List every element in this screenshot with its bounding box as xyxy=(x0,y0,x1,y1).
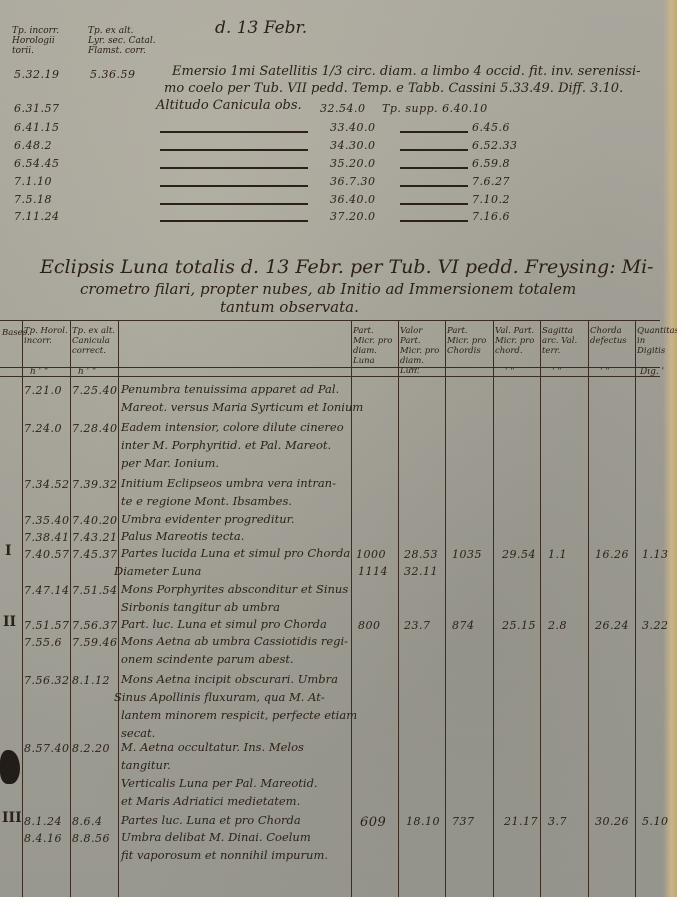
eclipse-title-line-3: tantum observata. xyxy=(220,298,359,316)
alt-row-altitude: 37.20.0 xyxy=(330,210,376,223)
header-tp-horol: Tp. Horol. incorr. xyxy=(24,326,70,346)
date-heading: d. 13 Febr. xyxy=(215,18,307,38)
ditto-dash xyxy=(400,185,468,187)
alt-row-supp: 6.52.33 xyxy=(472,139,518,152)
alt-row-tp: 6.48.2 xyxy=(14,139,52,152)
cell-part-chord: 1035 xyxy=(452,548,482,561)
alt-row-supp: Tp. supp. 6.40.10 xyxy=(382,102,488,115)
alt-row-altitude: 36.7.30 xyxy=(330,175,376,188)
row-text-line: tangitur. xyxy=(121,758,171,772)
cell-val-chord: 21.17 xyxy=(504,815,538,828)
emersio-time-corr: 5.36.59 xyxy=(90,68,136,81)
ditto-dash xyxy=(160,220,308,222)
cell-chorda: 30.26 xyxy=(595,815,629,828)
unit-val-chord: ' " xyxy=(505,367,514,377)
row-tp-corr: 8.6.4 xyxy=(72,815,103,828)
cell-part-diam-2: 1114 xyxy=(358,565,388,578)
header-sagitta: Sagitta arc. Val. terr. xyxy=(542,326,586,356)
unit-digiti: Dig. ' xyxy=(640,367,664,377)
header-val-chord: Val. Part. Micr. pro chord. xyxy=(495,326,539,356)
page-edge xyxy=(663,0,677,897)
row-text-line: Penumbra tenuissima apparet ad Pal. xyxy=(121,382,339,396)
row-tp-horol: 7.34.52 xyxy=(24,478,70,491)
row-tp-horol: 7.24.0 xyxy=(24,422,62,435)
row-tp-horol: 7.47.14 xyxy=(24,584,70,597)
alt-row-supp: 7.10.2 xyxy=(472,193,510,206)
alt-row-supp: 6.59.8 xyxy=(472,157,510,170)
header-tp-incorr: Tp. incorr. Horologii torii. xyxy=(12,26,59,56)
row-text-line: Mons Aetna incipit obscurari. Umbra xyxy=(121,672,338,686)
alt-row-tp: 6.31.57 xyxy=(14,102,60,115)
ditto-dash xyxy=(400,203,468,205)
ditto-dash xyxy=(160,149,308,151)
alt-row-altitude: 35.20.0 xyxy=(330,157,376,170)
emersio-line-2: mo coelo per Tub. VII pedd. Temp. e Tabb… xyxy=(164,81,623,96)
unit-sagitta: ' " xyxy=(552,367,561,377)
cell-sagitta: 3.7 xyxy=(548,815,567,828)
eclipse-title-line-1: Eclipsis Luna totalis d. 13 Febr. per Tu… xyxy=(40,256,654,278)
row-text-line: et Maris Adriatici medietatem. xyxy=(121,794,300,808)
row-text-line: Partes luc. Luna et pro Chorda xyxy=(121,813,301,827)
row-text-line: Palus Mareotis tecta. xyxy=(121,529,244,543)
cell-sagitta: 2.8 xyxy=(548,619,567,632)
alt-row-supp: 6.45.6 xyxy=(472,121,510,134)
row-text-line: Sinus Apollinis fluxuram, qua M. At- xyxy=(114,690,325,704)
row-tp-corr: 8.8.56 xyxy=(72,832,110,845)
row-tp-corr: 7.51.54 xyxy=(72,584,118,597)
row-tp-corr: 7.56.37 xyxy=(72,619,118,632)
col-divider xyxy=(588,320,589,897)
row-text-line: Umbra evidenter progreditur. xyxy=(121,512,295,526)
header-tp-corr: Tp. ex alt. Canicula correct. xyxy=(72,326,118,356)
emersio-time-incorr: 5.32.19 xyxy=(14,68,60,81)
alt-row-tp: 6.54.45 xyxy=(14,157,60,170)
row-text-line: Mons Porphyrites absconditur et Sinus xyxy=(121,582,348,596)
ditto-dash xyxy=(160,185,308,187)
header-bases: Bases. xyxy=(2,328,22,338)
ditto-dash xyxy=(160,203,308,205)
row-text-line: fit vaporosum et nonnihil impurum. xyxy=(121,848,328,862)
cell-val-diam-2: 32.11 xyxy=(404,565,438,578)
header-part-diam: Part. Micr. pro diam. Luna xyxy=(353,326,397,366)
row-text-line: Sirbonis tangitur ab umbra xyxy=(121,600,280,614)
row-tp-horol: 8.1.24 xyxy=(24,815,62,828)
ditto-dash xyxy=(400,167,468,169)
col-divider xyxy=(493,320,494,897)
row-tp-horol: 7.38.41 xyxy=(24,531,70,544)
ditto-dash xyxy=(160,167,308,169)
alt-row-tp: 7.5.18 xyxy=(14,193,52,206)
row-tp-corr: 7.39.32 xyxy=(72,478,118,491)
row-tp-horol: 8.57.40 xyxy=(24,742,70,755)
col-divider xyxy=(635,320,636,897)
cell-part-chord: 737 xyxy=(452,815,475,828)
row-text-line: per Mar. Ionium. xyxy=(121,456,219,470)
row-tp-corr: 7.59.46 xyxy=(72,636,118,649)
header-part-chord: Part. Micr. pro Chordis xyxy=(447,326,491,356)
cell-val-chord: 25.15 xyxy=(502,619,536,632)
row-tp-corr: 7.25.40 xyxy=(72,384,118,397)
cell-part-diam: 1000 xyxy=(356,548,386,561)
alt-row-tp: 7.1.10 xyxy=(14,175,52,188)
header-val-diam: Valor Part. Micr. pro diam. Lun. xyxy=(400,326,444,376)
col-divider xyxy=(398,320,399,897)
cell-part-chord: 874 xyxy=(452,619,475,632)
base-marker-I: I xyxy=(5,543,12,559)
table-top-rule xyxy=(0,320,660,321)
row-text-line: Mareot. versus Maria Syrticum et Ionium xyxy=(121,400,363,414)
ditto-dash xyxy=(400,131,468,133)
col-divider xyxy=(445,320,446,897)
alt-row-altitude: 32.54.0 xyxy=(320,102,366,115)
row-text-line: onem scindente parum abest. xyxy=(121,652,294,666)
header-chorda: Chorda defectus xyxy=(590,326,634,346)
altitude-label: Altitudo Canicula obs. xyxy=(156,98,302,113)
cell-sagitta: 1.1 xyxy=(548,548,567,561)
col-divider xyxy=(118,320,119,897)
ink-blot xyxy=(0,750,20,784)
unit-tp-horol: h ' " xyxy=(30,367,48,377)
eclipse-title-line-2: crometro filari, propter nubes, ab Initi… xyxy=(80,280,576,298)
row-text-line: Partes lucida Luna et simul pro Chorda xyxy=(121,546,350,560)
col-divider xyxy=(22,320,23,897)
row-tp-corr: 7.45.37 xyxy=(72,548,118,561)
emersio-line-1: Emersio 1mi Satellitis 1/3 circ. diam. a… xyxy=(172,64,641,79)
alt-row-tp: 7.11.24 xyxy=(14,210,60,223)
header-tp-corr: Tp. ex alt. Lyr. sec. Catal. Flamst. cor… xyxy=(88,26,156,56)
row-text-line: Eadem intensior, colore dilute cinereo xyxy=(121,420,344,434)
row-tp-horol: 7.21.0 xyxy=(24,384,62,397)
manuscript-page: Tp. incorr. Horologii torii. Tp. ex alt.… xyxy=(0,0,677,897)
ditto-dash xyxy=(400,149,468,151)
row-tp-corr: 8.2.20 xyxy=(72,742,110,755)
cell-val-diam: 23.7 xyxy=(404,619,431,632)
alt-row-altitude: 34.30.0 xyxy=(330,139,376,152)
row-text-line: Umbra delibat M. Dinai. Coelum xyxy=(121,830,311,844)
cell-chorda: 16.26 xyxy=(595,548,629,561)
alt-row-supp: 7.6.27 xyxy=(472,175,510,188)
alt-row-tp: 6.41.15 xyxy=(14,121,60,134)
ditto-dash xyxy=(400,220,468,222)
row-tp-corr: 7.43.21 xyxy=(72,531,118,544)
row-tp-horol: 7.35.40 xyxy=(24,514,70,527)
ditto-dash xyxy=(160,131,308,133)
cell-chorda: 26.24 xyxy=(595,619,629,632)
alt-row-altitude: 36.40.0 xyxy=(330,193,376,206)
row-text-line: Part. luc. Luna et simul pro Chorda xyxy=(121,617,327,631)
unit-tp-corr: h ' " xyxy=(78,367,96,377)
cell-digiti: 1.13 xyxy=(642,548,669,561)
row-text-line: lantem minorem respicit, perfecte etiam xyxy=(121,708,357,722)
row-tp-horol: 7.40.57 xyxy=(24,548,70,561)
row-text-line: secat. xyxy=(121,726,155,740)
row-tp-horol: 7.56.32 xyxy=(24,674,70,687)
unit-val-diam: ' " xyxy=(410,367,419,377)
col-divider xyxy=(540,320,541,897)
cell-digiti: 3.22 xyxy=(642,619,669,632)
row-tp-corr: 7.28.40 xyxy=(72,422,118,435)
unit-chorda: ' " xyxy=(600,367,609,377)
row-tp-horol: 8.4.16 xyxy=(24,832,62,845)
alt-row-supp: 7.16.6 xyxy=(472,210,510,223)
row-text-line: te e regione Mont. Ibsambes. xyxy=(121,494,292,508)
header-digiti: Quantitas in Digitis xyxy=(637,326,675,356)
cell-part-diam: 800 xyxy=(358,619,381,632)
cell-val-diam: 18.10 xyxy=(406,815,440,828)
row-text-line: Diameter Luna xyxy=(114,564,201,578)
row-tp-horol: 7.55.6 xyxy=(24,636,62,649)
row-tp-horol: 7.51.57 xyxy=(24,619,70,632)
row-tp-corr: 7.40.20 xyxy=(72,514,118,527)
cell-val-chord: 29.54 xyxy=(502,548,536,561)
cell-part-diam: 609 xyxy=(360,815,386,830)
alt-row-altitude: 33.40.0 xyxy=(330,121,376,134)
col-divider xyxy=(70,320,71,897)
row-text-line: Mons Aetna ab umbra Cassiotidis regi- xyxy=(121,634,348,648)
row-text-line: inter M. Porphyritid. et Pal. Mareot. xyxy=(121,438,331,452)
row-text-line: Verticalis Luna per Pal. Mareotid. xyxy=(121,776,318,790)
row-tp-corr: 8.1.12 xyxy=(72,674,110,687)
cell-digiti: 5.10 xyxy=(642,815,669,828)
cell-val-diam: 28.53 xyxy=(404,548,438,561)
row-text-line: M. Aetna occultatur. Ins. Melos xyxy=(121,740,304,754)
base-marker-II: II xyxy=(3,614,16,630)
base-marker-III: III xyxy=(2,810,22,826)
row-text-line: Initium Eclipseos umbra vera intran- xyxy=(121,476,336,490)
